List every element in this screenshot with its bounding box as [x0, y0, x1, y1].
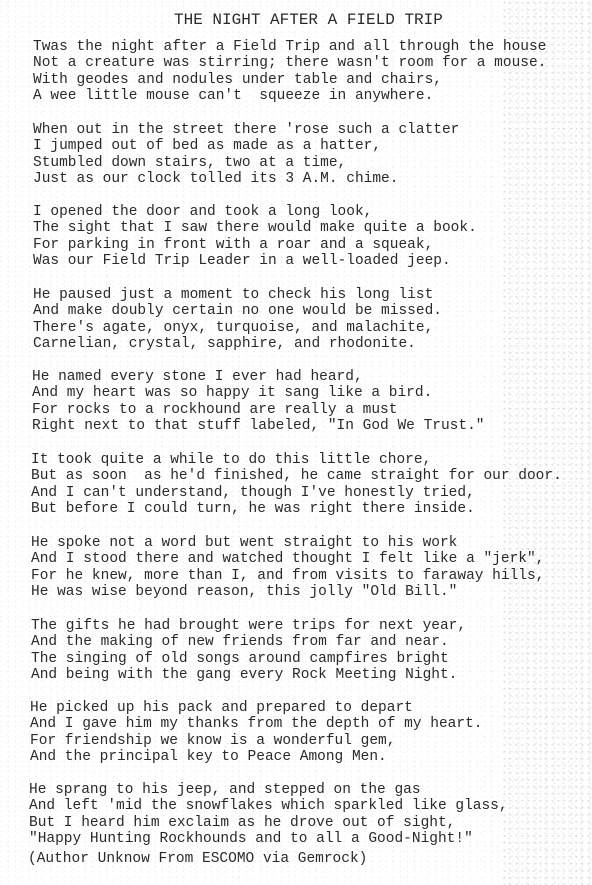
poem-line: The gifts he had brought were trips for … [31, 618, 466, 634]
poem-line: And left 'mid the snowflakes which spark… [29, 798, 508, 814]
poem-title: THE NIGHT AFTER A FIELD TRIP [174, 11, 443, 29]
poem-line: He was wise beyond reason, this jolly "O… [31, 584, 457, 600]
poem-line: But I heard him exclaim as he drove out … [29, 815, 455, 831]
poem-line: Not a creature was stirring; there wasn'… [33, 55, 546, 71]
poem-line: And the principal key to Peace Among Men… [30, 749, 387, 765]
poem-line: There's agate, onyx, turquoise, and mala… [33, 320, 433, 336]
poem-line: And I gave him my thanks from the depth … [30, 716, 482, 732]
poem-line: And I stood there and watched thought I … [31, 551, 544, 567]
poem-line: Stumbled down stairs, two at a time, [33, 155, 346, 171]
poem-line: The singing of old songs around campfire… [31, 651, 449, 667]
document-page: THE NIGHT AFTER A FIELD TRIP Twas the ni… [0, 0, 592, 885]
poem-line: He sprang to his jeep, and stepped on th… [29, 782, 421, 798]
poem-line: And the making of new friends from far a… [31, 634, 449, 650]
poem-line: The sight that I saw there would make qu… [33, 220, 477, 236]
poem-line: Twas the night after a Field Trip and al… [33, 39, 546, 55]
poem-line: Right next to that stuff labeled, "In Go… [32, 418, 484, 434]
poem-line: "Happy Hunting Rockhounds and to all a G… [29, 831, 473, 847]
poem-line: He spoke not a word but went straight to… [31, 535, 457, 551]
poem-line: Was our Field Trip Leader in a well-load… [33, 253, 451, 269]
poem-line: I jumped out of bed as made as a hatter, [33, 138, 381, 154]
poem-line: For parking in front with a roar and a s… [33, 237, 433, 253]
poem-line: And make doubly certain no one would be … [33, 303, 442, 319]
poem-line: For rocks to a rockhound are really a mu… [32, 402, 397, 418]
poem-line: I opened the door and took a long look, [33, 204, 372, 220]
poem-line: He paused just a moment to check his lon… [33, 287, 433, 303]
poem-line: When out in the street there 'rose such … [33, 122, 459, 138]
poem-line: It took quite a while to do this little … [31, 452, 431, 468]
poem-line: With geodes and nodules under table and … [33, 72, 442, 88]
poem-line: But as soon as he'd finished, he came st… [31, 468, 562, 484]
attribution: (Author Unknow From ESCOMO via Gemrock) [28, 851, 367, 867]
poem-line: For he knew, more than I, and from visit… [31, 568, 544, 584]
poem-line: A wee little mouse can't squeeze in anyw… [33, 88, 433, 104]
poem-line: And I can't understand, though I've hone… [31, 485, 475, 501]
poem-line: Carnelian, crystal, sapphire, and rhodon… [33, 336, 416, 352]
poem-line: He picked up his pack and prepared to de… [30, 700, 413, 716]
poem-line: And being with the gang every Rock Meeti… [31, 667, 457, 683]
poem-line: Just as our clock tolled its 3 A.M. chim… [33, 171, 398, 187]
poem-line: But before I could turn, he was right th… [31, 501, 475, 517]
poem-line: And my heart was so happy it sang like a… [32, 385, 432, 401]
poem-line: He named every stone I ever had heard, [32, 369, 363, 385]
scan-noise-margin [502, 0, 592, 885]
poem-line: For friendship we know is a wonderful ge… [30, 733, 395, 749]
